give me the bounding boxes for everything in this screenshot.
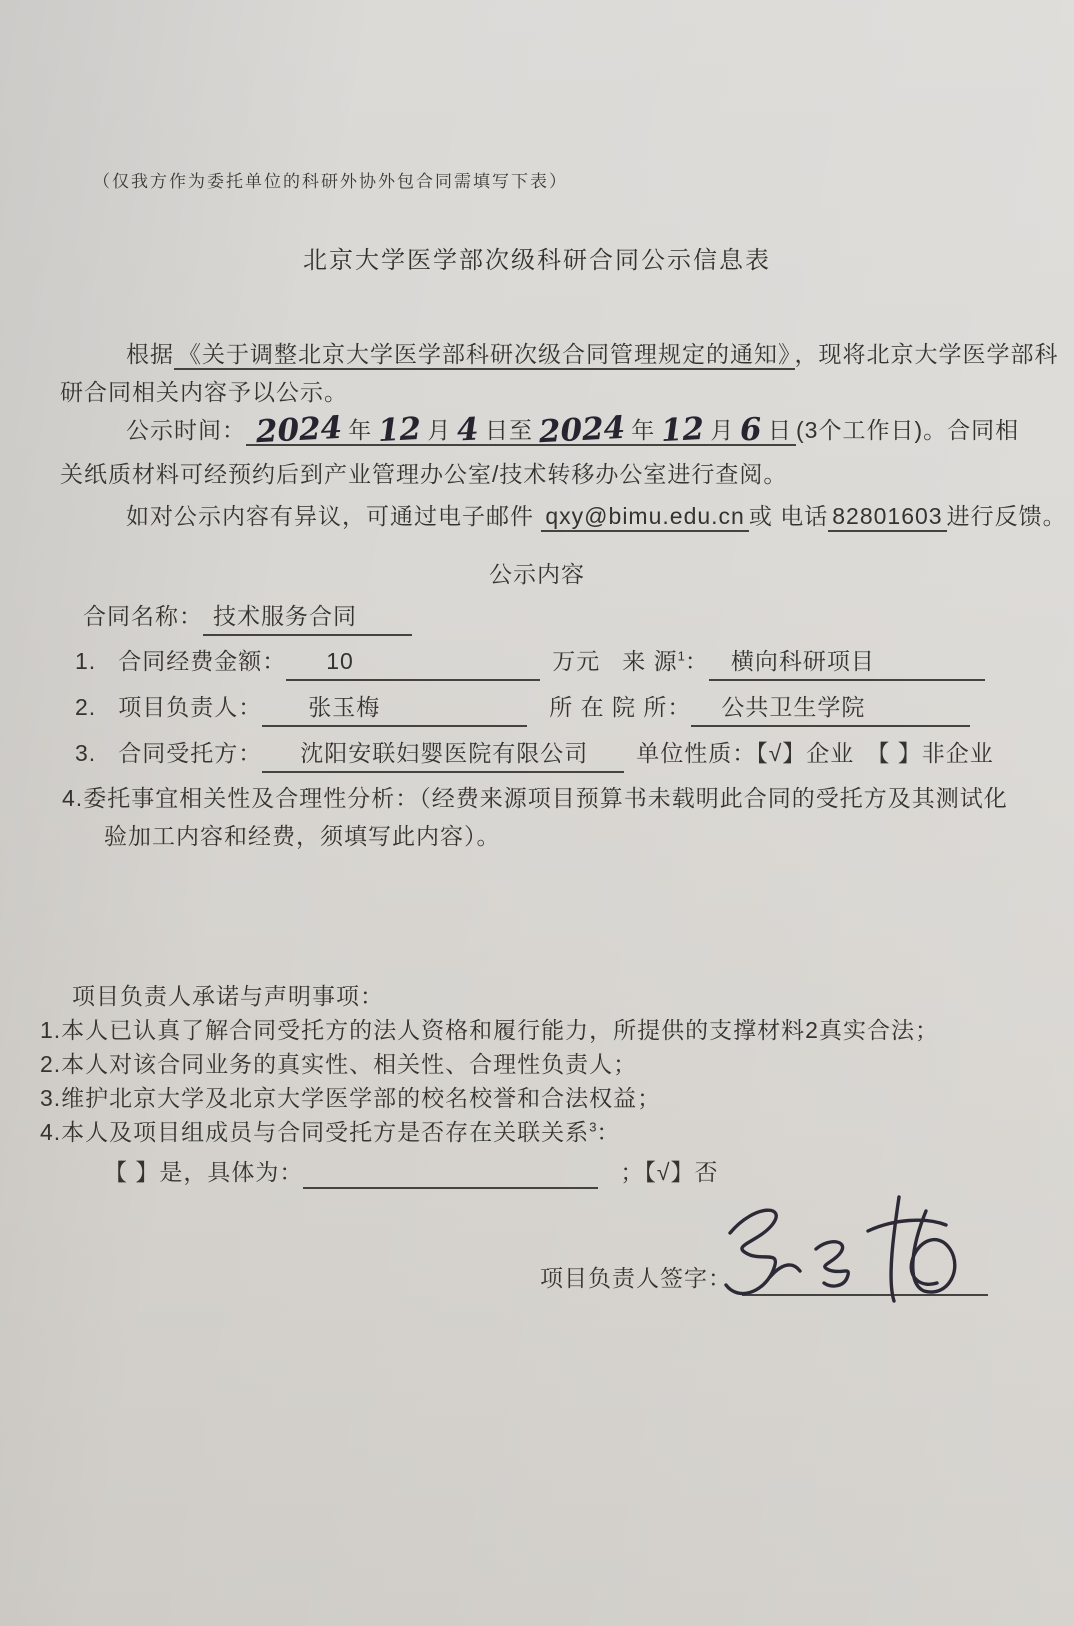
handwritten-year2: 2024 — [538, 415, 626, 447]
form-title: 北京大学医学部次级科研合同公示信息表 — [0, 244, 1074, 279]
item3-label: 合同受托方： — [118, 740, 262, 766]
item4-no: 4. — [62, 785, 83, 811]
feedback-phone: 82801603 — [828, 503, 946, 532]
item2-label: 项目负责人： — [118, 694, 262, 720]
handwritten-day2: 6 — [740, 416, 763, 445]
declaration-heading: 项目负责人承诺与声明事项： — [72, 980, 384, 1013]
handwritten-year1: 2024 — [255, 415, 343, 447]
item1-unit: 万元 — [552, 648, 600, 674]
period-dates: 2024年12月4日至2024年12月6日 — [246, 417, 796, 446]
relation-separator: ； — [620, 1159, 644, 1185]
item1-source-colon: ： — [685, 648, 709, 674]
declaration-item4: 4.本人及项目组成员与合同受托方是否存在关联关系3： — [40, 1116, 620, 1149]
document-photo: （仅我方作为委托单位的科研外协外包合同需填写下表） 北京大学医学部次级科研合同公… — [0, 0, 1074, 1626]
unit-year2: 年 — [631, 417, 655, 443]
handwritten-day1: 4 — [457, 416, 480, 445]
item1-no: 1. — [75, 648, 96, 674]
intro-prefix: 根据 — [126, 341, 174, 367]
feedback-suffix: 进行反馈。 — [947, 503, 1067, 529]
unit-day1: 日至 — [485, 417, 533, 443]
content-header: 公示内容 — [0, 558, 1074, 591]
item1-label: 合同经费金额： — [118, 648, 286, 674]
feedback-mid: 或 电话 — [749, 503, 828, 529]
relation-yes-label: 【 】是，具体为： — [104, 1159, 303, 1185]
contract-name-line: 合同名称：技术服务合同 — [83, 600, 412, 636]
item3-non-enterprise: 【 】非企业 — [866, 740, 993, 766]
contract-name-value: 技术服务合同 — [203, 600, 412, 636]
handwritten-month1: 12 — [378, 416, 423, 446]
handwritten-signature — [700, 1185, 1000, 1325]
relation-no-checked: 【√】否 — [644, 1159, 718, 1185]
item2-dept-label: 所 在 院 所： — [549, 694, 691, 720]
item2-no: 2. — [75, 694, 96, 720]
top-note: （仅我方作为委托单位的科研外协外包合同需填写下表） — [93, 170, 568, 195]
handwritten-month2: 12 — [661, 416, 706, 446]
item1-source-value: 横向科研项目 — [709, 645, 985, 681]
item1-line: 1.合同经费金额：10万元来 源1：横向科研项目 — [75, 645, 985, 681]
item1-source-sup: 1 — [678, 648, 685, 663]
relation-choice-line: 【 】是，具体为：；【√】否 — [104, 1156, 719, 1189]
unit-day2: 日 — [768, 417, 792, 443]
period-line2: 关纸质材料可经预约后到产业管理办公室/技术转移办公室进行查阅。 — [60, 458, 787, 491]
item3-nature-label: 单位性质： — [636, 740, 756, 766]
unit-month2: 月 — [710, 417, 734, 443]
intro-suffix: ，现将北京大学医学部科 — [795, 341, 1059, 367]
declaration-item1: 1.本人已认真了解合同受托方的法人资格和履行能力，所提供的支撑材料2真实合法； — [40, 1014, 939, 1047]
item4-line1: 4.委托事宜相关性及合理性分析：（经费来源项目预算书未载明此合同的受托方及其测试… — [62, 782, 1008, 815]
item4-text1: 委托事宜相关性及合理性分析：（经费来源项目预算书未载明此合同的受托方及其测试化 — [83, 785, 1008, 811]
notice-title: 《关于调整北京大学医学部科研次级合同管理规定的通知》 — [174, 341, 795, 370]
period-suffix: (3个工作日)。合同相 — [796, 417, 1019, 443]
item1-amount: 10 — [286, 645, 540, 681]
declaration-item4-colon: ： — [596, 1119, 620, 1145]
item2-dept-value: 公共卫生学院 — [691, 691, 970, 727]
item3-enterprise-checked: 【√】企业 — [756, 740, 854, 766]
unit-month1: 月 — [427, 417, 451, 443]
item3-value: 沈阳安联妇婴医院有限公司 — [262, 737, 624, 773]
item1-source-label: 来 源 — [622, 648, 677, 674]
intro-line1: 根据《关于调整北京大学医学部科研次级合同管理规定的通知》，现将北京大学医学部科 — [126, 338, 1059, 371]
period-line1: 公示时间：2024年12月4日至2024年12月6日(3个工作日)。合同相 — [126, 414, 1019, 447]
contract-name-label: 合同名称： — [83, 603, 203, 629]
intro-line2: 研合同相关内容予以公示。 — [60, 376, 348, 409]
feedback-email: qxy@bimu.edu.cn — [541, 503, 748, 532]
feedback-prefix: 如对公示内容有异议，可通过电子邮件 — [126, 503, 541, 529]
item3-no: 3. — [75, 740, 96, 766]
declaration-item3: 3.维护北京大学及北京大学医学部的校名校誉和合法权益； — [40, 1082, 661, 1115]
item2-name: 张玉梅 — [262, 691, 527, 727]
item2-line: 2.项目负责人：张玉梅所 在 院 所：公共卫生学院 — [75, 691, 970, 727]
item4-line2: 验加工内容和经费，须填写此内容）。 — [104, 820, 501, 853]
feedback-line: 如对公示内容有异议，可通过电子邮件 qxy@bimu.edu.cn或 电话828… — [126, 500, 1067, 533]
period-label: 公示时间： — [126, 417, 246, 443]
unit-year1: 年 — [348, 417, 372, 443]
relation-detail-blank — [303, 1163, 598, 1189]
item3-line: 3.合同受托方：沈阳安联妇婴医院有限公司单位性质：【√】企业【 】非企业 — [75, 737, 994, 773]
declaration-item4-text: 4.本人及项目组成员与合同受托方是否存在关联关系 — [40, 1119, 589, 1145]
declaration-item2: 2.本人对该合同业务的真实性、相关性、合理性负责人； — [40, 1048, 637, 1081]
